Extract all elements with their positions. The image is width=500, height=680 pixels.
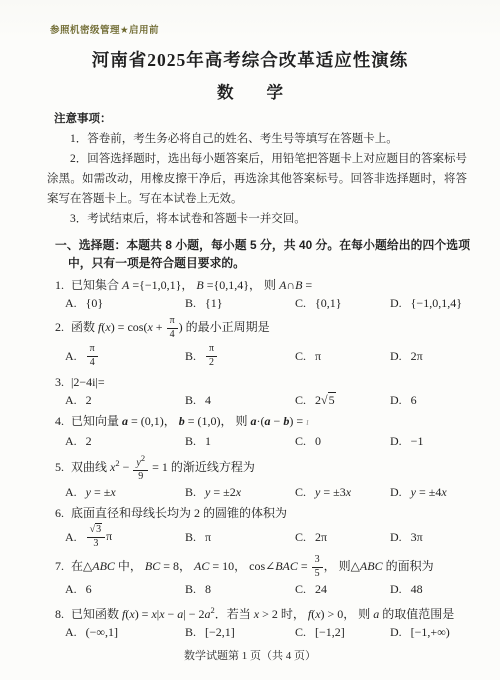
notice-heading: 注意事项：: [54, 109, 467, 129]
option-label: A.: [65, 296, 77, 311]
option-b: B.[−2,1]: [185, 625, 295, 640]
exam-paper-page: 参照机密级管理★启用前 河南省2025年高考综合改革适应性演练 数 学 注意事项…: [0, 0, 500, 680]
option-a: A.y = ±x: [65, 485, 185, 500]
option-value: 4: [205, 393, 211, 408]
option-c: C.[−1,2]: [295, 625, 390, 640]
question-8-stem: 8.已知函数 f(x) = x|x − a| − 2a2．若当 x > 2 时，…: [55, 601, 474, 623]
option-a: A.(−∞,1]: [65, 625, 185, 640]
question-text: 函数 f(x) = cos(x + π4) 的最小正周期是: [71, 320, 270, 334]
option-label: C.: [295, 530, 306, 545]
option-value: y = ±3x: [315, 485, 351, 500]
option-label: D.: [390, 349, 402, 364]
option-c: C.24: [295, 582, 390, 597]
question-number: 1.: [55, 278, 64, 292]
option-value: [−1,+∞): [411, 625, 450, 640]
option-label: D.: [390, 582, 402, 597]
option-label: D.: [390, 296, 402, 311]
question-text: 已知集合 A ={−1,0,1}， B ={0,1,4}， 则 A∩B =: [71, 278, 312, 292]
option-value: {0,1}: [315, 296, 342, 311]
question-number: 7.: [55, 559, 64, 573]
option-label: D.: [390, 434, 402, 449]
option-label: D.: [390, 625, 402, 640]
question-1-stem: 1.已知集合 A ={−1,0,1}， B ={0,1,4}， 则 A∩B =: [55, 276, 474, 294]
option-c: C.{0,1}: [295, 296, 390, 311]
security-classification-notice: 参照机密级管理★启用前: [50, 22, 500, 36]
question-2-options: A.π4 B.π2 C.π D.2π: [65, 343, 474, 369]
option-value: −1: [411, 434, 424, 449]
option-c: C.2π: [295, 530, 390, 545]
option-label: B.: [185, 434, 196, 449]
option-label: B.: [185, 349, 196, 364]
option-d: D.48: [390, 582, 474, 597]
option-value: 0: [315, 434, 321, 449]
question-4: 4.已知向量 a = (0,1)， b = (1,0)， 则 a·(a − b)…: [55, 412, 474, 449]
section-heading-choice-questions: 一、选择题：本题共 8 小题，每小题 5 分，共 40 分。在每小题给出的四个选…: [55, 236, 470, 272]
option-b: B.π2: [185, 343, 295, 369]
option-a: A.√33π: [65, 524, 185, 550]
option-value: {0}: [86, 296, 104, 311]
notice-item-3: 3．考试结束后，将本试卷和答题卡一并交回。: [47, 209, 467, 229]
option-value: y = ±x: [86, 485, 116, 500]
option-label: C.: [295, 434, 306, 449]
question-4-stem: 4.已知向量 a = (0,1)， b = (1,0)， 则 a·(a − b)…: [55, 412, 474, 432]
option-label: C.: [295, 296, 306, 311]
option-a: A.6: [65, 582, 185, 597]
question-5-stem: 5.双曲线 x2 − y29 = 1 的渐近线方程为: [55, 453, 474, 483]
option-label: A.: [65, 349, 77, 364]
option-b: B.1: [185, 434, 295, 449]
option-value: 1: [205, 434, 211, 449]
question-2-stem: 2.函数 f(x) = cos(x + π4) 的最小正周期是: [55, 315, 474, 341]
option-b: B.{1}: [185, 296, 295, 311]
option-value: y = ±4x: [411, 485, 447, 500]
option-value: y = ±2x: [205, 485, 241, 500]
option-b: B.8: [185, 582, 295, 597]
option-value: 3π: [411, 530, 423, 545]
option-label: B.: [185, 485, 196, 500]
question-8-options: A.(−∞,1] B.[−2,1] C.[−1,2] D.[−1,+∞): [65, 625, 474, 640]
option-label: B.: [185, 582, 196, 597]
option-label: C.: [295, 393, 306, 408]
question-number: 2.: [55, 320, 64, 334]
question-7-stem: 7.在△ABC 中， BC = 8， AC = 10， cos∠BAC = 35…: [55, 554, 474, 580]
question-6-options: A.√33π B.π C.2π D.3π: [65, 524, 474, 550]
question-6: 6.底面直径和母线长均为 2 的圆锥的体积为 A.√33π B.π C.2π D…: [55, 504, 474, 550]
option-d: D.6: [390, 393, 474, 408]
question-list: 1.已知集合 A ={−1,0,1}， B ={0,1,4}， 则 A∩B = …: [55, 276, 474, 640]
option-label: B.: [185, 530, 196, 545]
option-value: 6: [86, 582, 92, 597]
option-label: C.: [295, 582, 306, 597]
option-label: B.: [185, 625, 196, 640]
question-3-stem: 3.|2−4i|=: [55, 373, 474, 391]
option-label: B.: [185, 296, 196, 311]
option-value: 2: [86, 393, 92, 408]
option-label: B.: [185, 393, 196, 408]
question-number: 5.: [55, 460, 64, 474]
page-footer: 数学试题第 1 页（共 4 页）: [0, 647, 500, 663]
option-label: C.: [295, 349, 306, 364]
notice-item-1: 1．答卷前，考生务必将自己的姓名、考生号等填写在答题卡上。: [47, 129, 467, 149]
exam-title: 河南省2025年高考综合改革适应性演练: [0, 47, 500, 72]
option-b: B.4: [185, 393, 295, 408]
question-3-options: A.2 B.4 C.2√5 D.6: [65, 393, 474, 408]
option-label: A.: [65, 582, 77, 597]
option-label: A.: [65, 434, 77, 449]
option-value: 6: [411, 393, 417, 408]
option-label: C.: [295, 625, 306, 640]
option-label: A.: [65, 393, 77, 408]
option-value: 2π: [411, 349, 423, 364]
option-value: 8: [205, 582, 211, 597]
option-label: D.: [390, 530, 402, 545]
option-c: C.π: [295, 349, 390, 364]
option-value: 2√5: [315, 393, 336, 408]
option-c: C.y = ±3x: [295, 485, 390, 500]
option-d: D.{−1,0,1,4}: [390, 296, 474, 311]
question-1-options: A.{0} B.{1} C.{0,1} D.{−1,0,1,4}: [65, 296, 474, 311]
question-2: 2.函数 f(x) = cos(x + π4) 的最小正周期是 A.π4 B.π…: [55, 315, 474, 369]
option-label: A.: [65, 625, 77, 640]
option-label: C.: [295, 485, 306, 500]
option-d: D.3π: [390, 530, 474, 545]
question-1: 1.已知集合 A ={−1,0,1}， B ={0,1,4}， 则 A∩B = …: [55, 276, 474, 311]
option-value: 2: [86, 434, 92, 449]
option-d: D.2π: [390, 349, 474, 364]
option-label: D.: [390, 393, 402, 408]
option-d: D.[−1,+∞): [390, 625, 474, 640]
option-label: A.: [65, 530, 77, 545]
question-3: 3.|2−4i|= A.2 B.4 C.2√5 D.6: [55, 373, 474, 408]
question-4-options: A.2 B.1 C.0 D.−1: [65, 434, 474, 449]
option-d: D.−1: [390, 434, 474, 449]
option-value: π: [315, 349, 321, 364]
option-d: D.y = ±4x: [390, 485, 474, 500]
option-value: 2π: [315, 530, 327, 545]
option-value: [−2,1]: [205, 625, 235, 640]
option-value: [−1,2]: [315, 625, 345, 640]
option-value: √33π: [86, 524, 113, 550]
option-value: (−∞,1]: [86, 625, 118, 640]
option-value: π2: [205, 343, 218, 369]
question-number: 6.: [55, 506, 64, 520]
notice-section: 注意事项： 1．答卷前，考生务必将自己的姓名、考生号等填写在答题卡上。 2．回答…: [47, 109, 467, 229]
option-a: A.{0}: [65, 296, 185, 311]
option-label: D.: [390, 485, 402, 500]
option-a: A.2: [65, 434, 185, 449]
question-number: 3.: [55, 375, 64, 389]
option-value: {1}: [205, 296, 223, 311]
question-text: 已知向量 a = (0,1)， b = (1,0)， 则 a·(a − b) =…: [71, 414, 309, 428]
question-7: 7.在△ABC 中， BC = 8， AC = 10， cos∠BAC = 35…: [55, 554, 474, 597]
option-b: B.π: [185, 530, 295, 545]
option-value: 48: [411, 582, 423, 597]
question-6-stem: 6.底面直径和母线长均为 2 的圆锥的体积为: [55, 504, 474, 522]
option-value: 24: [315, 582, 327, 597]
question-5: 5.双曲线 x2 − y29 = 1 的渐近线方程为 A.y = ±x B.y …: [55, 453, 474, 500]
option-a: A.π4: [65, 343, 185, 369]
question-number: 8.: [55, 607, 64, 621]
option-a: A.2: [65, 393, 185, 408]
option-value: π4: [86, 343, 99, 369]
option-c: C.0: [295, 434, 390, 449]
exam-subject-title: 数 学: [0, 79, 500, 103]
question-number: 4.: [55, 414, 64, 428]
question-text: |2−4i|=: [71, 375, 105, 389]
option-label: A.: [65, 485, 77, 500]
question-text: 在△ABC 中， BC = 8， AC = 10， cos∠BAC = 35， …: [71, 559, 434, 573]
question-text: 双曲线 x2 − y29 = 1 的渐近线方程为: [71, 460, 255, 474]
option-c: C.2√5: [295, 393, 390, 408]
option-value: π: [205, 530, 211, 545]
question-text: 底面直径和母线长均为 2 的圆锥的体积为: [71, 506, 287, 520]
question-7-options: A.6 B.8 C.24 D.48: [65, 582, 474, 597]
option-value: {−1,0,1,4}: [411, 296, 462, 311]
notice-item-2: 2．回答选择题时，选出每小题答案后，用铅笔把答题卡上对应题目的答案标号涂黑。如需…: [47, 149, 467, 209]
question-text: 已知函数 f(x) = x|x − a| − 2a2．若当 x > 2 时， f…: [71, 607, 454, 621]
question-8: 8.已知函数 f(x) = x|x − a| − 2a2．若当 x > 2 时，…: [55, 601, 474, 640]
option-b: B.y = ±2x: [185, 485, 295, 500]
question-5-options: A.y = ±x B.y = ±2x C.y = ±3x D.y = ±4x: [65, 485, 474, 500]
